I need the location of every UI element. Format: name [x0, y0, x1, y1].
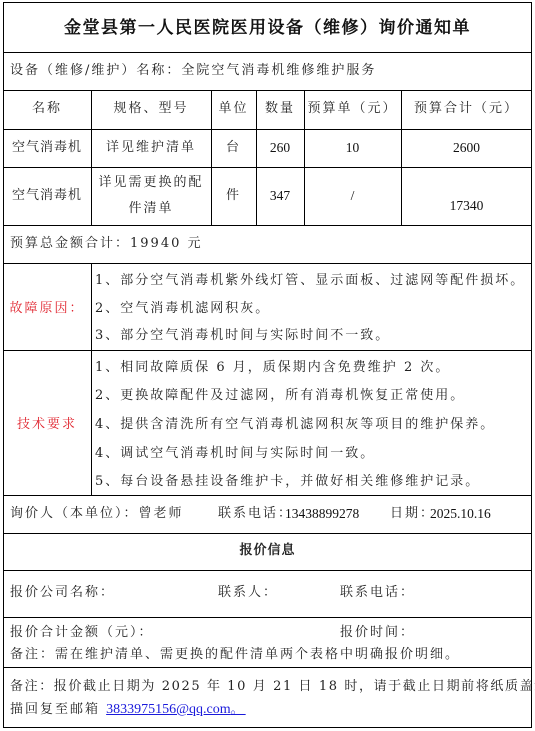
- tech-item: 4、调试空气消毒机时间与实际时间一致。: [95, 446, 375, 462]
- row1-qty: 260: [256, 140, 304, 156]
- inquirer-date: 2025.10.16: [430, 506, 491, 522]
- divider: [3, 129, 532, 130]
- divider: [3, 617, 532, 618]
- equipment-name: 设备（维修/维护）名称：全院空气消毒机维修维护服务: [10, 63, 376, 79]
- quote-section-title: 报价信息: [3, 543, 532, 559]
- row1-unit-price: 10: [304, 140, 401, 156]
- header-total: 预算合计（元）: [401, 101, 532, 117]
- tech-item: 4、提供含清洗所有空气消毒机滤网积灰等项目的维护保养。: [95, 417, 495, 433]
- header-qty: 数量: [256, 101, 304, 117]
- column-divider: [91, 263, 92, 495]
- quote-company-label: 报价公司名称：: [10, 585, 115, 601]
- tech-label: 技术要求: [3, 417, 91, 433]
- fault-item: 2、空气消毒机滤网积灰。: [95, 301, 270, 317]
- quote-note: 备注：需在维护清单、需更换的配件清单两个表格中明确报价明细。: [10, 647, 460, 663]
- divider: [3, 350, 532, 351]
- fault-item: 1、部分空气消毒机紫外线灯管、显示面板、过滤网等配件损坏。: [95, 273, 525, 289]
- deadline-note-text: 备注：报价截止日期为 2025 年 10 月 21 日 18 时，请于截止日期前…: [10, 679, 535, 694]
- divider: [3, 263, 532, 264]
- row1-unit: 台: [211, 140, 256, 156]
- row2-qty: 347: [256, 188, 304, 204]
- inquirer-phone-label: 联系电话：: [218, 506, 293, 522]
- row1-name: 空气消毒机: [3, 140, 91, 156]
- email-line: 描回复至邮箱 3833975156@qq.com。: [10, 702, 246, 718]
- divider: [3, 533, 532, 534]
- header-unit: 单位: [211, 101, 256, 117]
- quote-phone-label: 联系电话：: [340, 585, 415, 601]
- inquirer-phone: 13438899278: [285, 506, 359, 522]
- row1-spec: 详见维护清单: [91, 140, 211, 156]
- divider: [3, 167, 532, 168]
- divider: [3, 225, 532, 226]
- fault-item: 3、部分空气消毒机时间与实际时间不一致。: [95, 328, 390, 344]
- divider: [3, 52, 532, 53]
- email-link[interactable]: 3833975156@qq.com: [106, 702, 231, 717]
- quote-amount-label: 报价合计金额（元）：: [10, 625, 154, 641]
- quote-contact-label: 联系人：: [218, 585, 278, 601]
- row2-name: 空气消毒机: [3, 188, 91, 204]
- row2-total: 17340: [401, 198, 532, 214]
- tech-item: 2、更换故障配件及过滤网，所有消毒机恢复正常使用。: [95, 388, 465, 404]
- divider: [3, 667, 532, 668]
- deadline-note: 备注：报价截止日期为 2025 年 10 月 21 日 18 时，请于截止日期前…: [10, 679, 535, 695]
- header-unit-price: 预算单（元）: [304, 101, 401, 117]
- header-name: 名称: [3, 101, 91, 117]
- inquirer-date-label: 日期：: [390, 506, 435, 522]
- tech-item: 1、相同故障质保 6 月，质保期内含免费维护 2 次。: [95, 360, 450, 376]
- email-prefix: 描回复至邮箱: [10, 702, 106, 717]
- divider: [3, 495, 532, 496]
- divider: [3, 570, 532, 571]
- tech-item: 5、每台设备悬挂设备维护卡，并做好相关维修维护记录。: [95, 474, 480, 490]
- quote-time-label: 报价时间：: [340, 625, 415, 641]
- row2-unit-price: /: [304, 188, 401, 204]
- row1-total: 2600: [401, 140, 532, 156]
- row2-spec-line2: 件清单: [91, 201, 211, 217]
- inquirer-name: 询价人（本单位）：曾老师: [10, 506, 184, 522]
- page-title: 金堂县第一人民医院医用设备（维修）询价通知单: [3, 17, 532, 39]
- email-suffix: 。: [231, 702, 246, 717]
- budget-total: 预算总金额合计：19940 元: [10, 236, 203, 252]
- fault-label: 故障原因：: [3, 301, 91, 317]
- row2-spec-line1: 详见需更换的配: [91, 175, 211, 191]
- row2-unit: 件: [211, 188, 256, 204]
- header-spec: 规格、型号: [91, 101, 211, 117]
- divider: [3, 90, 532, 91]
